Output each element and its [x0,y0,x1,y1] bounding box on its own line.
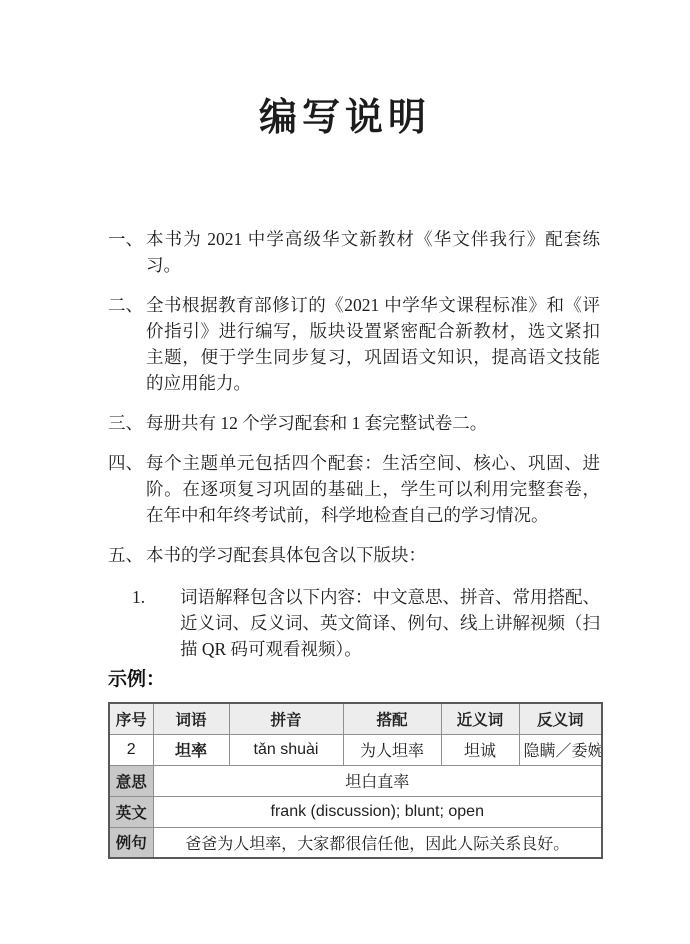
sub-list-item-marker: 1. [132,584,180,662]
example-label: 示例： [108,668,600,692]
cell-serial-number: 2 [109,734,153,765]
header-synonym: 近义词 [441,703,519,734]
list-item-text: 每个主题单元包括四个配套：生活空间、核心、巩固、进阶。在逐项复习巩固的基础上，学… [146,450,600,528]
cell-antonym: 隐瞒／委婉 [519,734,602,765]
header-word: 词语 [153,703,229,734]
sub-list-item-1: 1. 词语解释包含以下内容：中文意思、拼音、常用搭配、近义词、反义词、英文简译、… [108,584,600,662]
table-english-row: 英文 frank (discussion); blunt; open [109,796,602,827]
label-english: 英文 [109,796,153,827]
list-item-text: 本书为 2021 中学高级华文新教材《华文伴我行》配套练习。 [146,226,600,278]
word-example-table: 序号 词语 拼音 搭配 近义词 反义词 2 坦率 tǎn shuài 为人坦率 … [108,702,603,859]
header-serial-number: 序号 [109,703,153,734]
list-item-2: 二、 全书根据教育部修订的《2021 中学华文课程标准》和《评价指引》进行编写，… [108,292,600,396]
document-page: 编写说明 一、 本书为 2021 中学高级华文新教材《华文伴我行》配套练习。 二… [0,0,690,944]
content-area: 一、 本书为 2021 中学高级华文新教材《华文伴我行》配套练习。 二、 全书根… [0,226,690,859]
list-item-3: 三、 每册共有 12 个学习配套和 1 套完整试卷二。 [108,410,600,436]
list-item-marker: 四、 [108,450,146,528]
header-collocation: 搭配 [343,703,441,734]
list-item-5: 五、 本书的学习配套具体包含以下版块： [108,542,600,568]
list-item-marker: 五、 [108,542,146,568]
value-meaning: 坦白直率 [153,765,602,796]
list-item-text: 全书根据教育部修订的《2021 中学华文课程标准》和《评价指引》进行编写，版块设… [146,292,600,396]
list-item-marker: 一、 [108,226,146,278]
header-pinyin: 拼音 [229,703,343,734]
cell-collocation: 为人坦率 [343,734,441,765]
list-item-marker: 三、 [108,410,146,436]
label-meaning: 意思 [109,765,153,796]
table-entry-row: 2 坦率 tǎn shuài 为人坦率 坦诚 隐瞒／委婉 [109,734,602,765]
list-item-text: 每册共有 12 个学习配套和 1 套完整试卷二。 [146,410,600,436]
list-item-1: 一、 本书为 2021 中学高级华文新教材《华文伴我行》配套练习。 [108,226,600,278]
table-header-row: 序号 词语 拼音 搭配 近义词 反义词 [109,703,602,734]
value-example-sentence: 爸爸为人坦率，大家都很信任他，因此人际关系良好。 [153,827,602,858]
label-example-sentence: 例句 [109,827,153,858]
list-item-4: 四、 每个主题单元包括四个配套：生活空间、核心、巩固、进阶。在逐项复习巩固的基础… [108,450,600,528]
cell-synonym: 坦诚 [441,734,519,765]
page-title: 编写说明 [0,0,690,138]
table-example-sentence-row: 例句 爸爸为人坦率，大家都很信任他，因此人际关系良好。 [109,827,602,858]
table-meaning-row: 意思 坦白直率 [109,765,602,796]
value-english: frank (discussion); blunt; open [153,796,602,827]
cell-pinyin: tǎn shuài [229,734,343,765]
list-item-marker: 二、 [108,292,146,396]
sub-list-item-text: 词语解释包含以下内容：中文意思、拼音、常用搭配、近义词、反义词、英文简译、例句、… [180,584,600,662]
header-antonym: 反义词 [519,703,602,734]
list-item-text: 本书的学习配套具体包含以下版块： [146,542,600,568]
cell-word: 坦率 [153,734,229,765]
